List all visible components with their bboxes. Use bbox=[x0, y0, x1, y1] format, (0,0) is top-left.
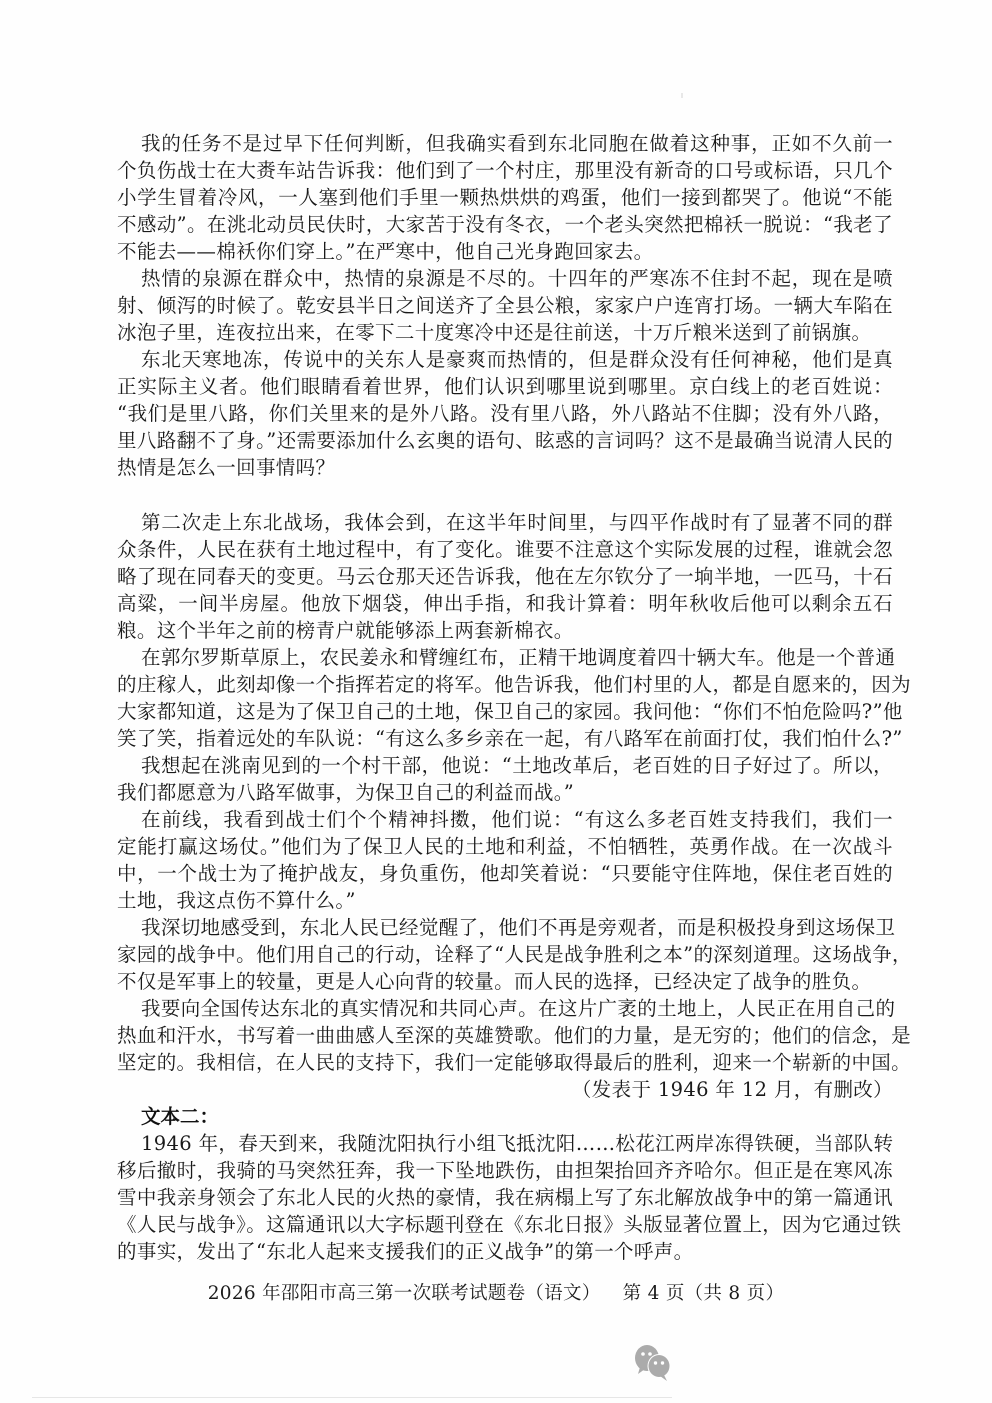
text-line: 我要向全国传达东北的真实情况和共同心声。在这片广袤的土地上，人民正在用自己的 bbox=[141, 995, 893, 1022]
section-label-text-two: 文本二： bbox=[141, 1103, 219, 1130]
text-line: 土地，我这点伤不算什么。” bbox=[117, 887, 893, 914]
text-line: 高粱，一间半房屋。他放下烟袋，伸出手指，和我计算着：明年秋收后他可以剩余五石 bbox=[117, 590, 893, 617]
text-line: 东北天寒地冻，传说中的关东人是豪爽而热情的，但是群众没有任何神秘，他们是真 bbox=[141, 346, 893, 373]
text-line: 我的任务不是过早下任何判断，但我确实看到东北同胞在做着这种事，正如不久前一 bbox=[141, 130, 893, 157]
text-line: 我们都愿意为八路军做事，为保卫自己的利益而战。” bbox=[117, 779, 893, 806]
text-line: 不仅是军事上的较量，更是人心向背的较量。而人民的选择，已经决定了战争的胜负。 bbox=[117, 968, 893, 995]
text-line: “我们是里八路，你们关里来的是外八路。没有里八路，外八路站不住脚；没有外八路， bbox=[117, 400, 893, 427]
text-line: 冰泡子里，连夜拉出来，在零下二十度寒冷中还是往前送，十万斤粮米送到了前锅旗。 bbox=[117, 319, 893, 346]
text-line: 热情的泉源在群众中，热情的泉源是不尽的。十四年的严寒冻不住封不起，现在是喷 bbox=[141, 265, 893, 292]
exam-title: 2026 年邵阳市高三第一次联考试题卷（语文） bbox=[208, 1283, 601, 1304]
text-line: 众条件，人民在获有土地过程中，有了变化。谁要不注意这个实际发展的过程，谁就会忽 bbox=[117, 536, 893, 563]
text-line: 家园的战争中。他们用自己的行动，诠释了“人民是战争胜利之本”的深刻道理。这场战争… bbox=[117, 941, 893, 968]
text-line: 不能去——棉袄你们穿上。”在严寒中，他自己光身跑回家去。 bbox=[117, 238, 893, 265]
text-line: 小学生冒着冷风，一人塞到他们手里一颗热烘烘的鸡蛋，他们一接到都哭了。他说“不能 bbox=[117, 184, 893, 211]
text-line: 在郭尔罗斯草原上，农民姜永和臂缠红布，正精干地调度着四十辆大车。他是一个普通 bbox=[141, 644, 893, 671]
text-line: 定能打赢这场仗。”他们为了保卫人民的土地和利益，不怕牺牲，英勇作战。在一次战斗 bbox=[117, 833, 893, 860]
text-line: 粮。这个半年之前的榜青户就能够添上两套新棉衣。 bbox=[117, 617, 893, 644]
text-line: 笑了笑，指着远处的车队说：“有这么多乡亲在一起，有八路军在前面打仗，我们怕什么?… bbox=[117, 725, 893, 752]
text-line: 热情是怎么一回事情吗？ bbox=[117, 454, 893, 481]
bottom-divider bbox=[32, 1397, 672, 1398]
scan-speck bbox=[681, 93, 683, 98]
text-line: 大家都知道，这是为了保卫自己的土地，保卫自己的家园。我问他：“你们不怕危险吗?”… bbox=[117, 698, 893, 725]
text-line: 中，一个战士为了掩护战友，身负重伤，他却笑着说：“只要能守住阵地，保住老百姓的 bbox=[117, 860, 893, 887]
text-line: 1946 年，春天到来，我随沈阳执行小组飞抵沈阳……松花江两岸冻得铁硬，当部队转 bbox=[141, 1130, 893, 1157]
source-note: （发表于 1946 年 12 月，有删改） bbox=[117, 1076, 893, 1103]
text-line: 热血和汗水，书写着一曲曲感人至深的英雄赞歌。他们的力量，是无穷的；他们的信念，是 bbox=[117, 1022, 893, 1049]
page-footer: 2026 年邵阳市高三第一次联考试题卷（语文）第 4 页（共 8 页） bbox=[0, 1281, 992, 1307]
text-line: 我深切地感受到，东北人民已经觉醒了，他们不再是旁观者，而是积极投身到这场保卫 bbox=[141, 914, 893, 941]
text-line: 我想起在洮南见到的一个村干部，他说：“土地改革后，老百姓的日子好过了。所以， bbox=[141, 752, 893, 779]
text-line: 的庄稼人，此刻却像一个指挥若定的将军。他告诉我，他们村里的人，都是自愿来的，因为 bbox=[117, 671, 893, 698]
text-line: 雪中我亲身领会了东北人民的火热的豪情，我在病榻上写了东北解放战争中的第一篇通讯 bbox=[117, 1184, 893, 1211]
text-line: 正实际主义者。他们眼睛看着世界，他们认识到哪里说到哪里。京白线上的老百姓说： bbox=[117, 373, 893, 400]
text-line: 第二次走上东北战场，我体会到，在这半年时间里，与四平作战时有了显著不同的群 bbox=[141, 509, 893, 536]
text-line: 坚定的。我相信，在人民的支持下，我们一定能够取得最后的胜利，迎来一个崭新的中国。 bbox=[117, 1049, 893, 1076]
text-line: 在前线，我看到战士们个个精神抖擞，他们说：“有这么多老百姓支持我们，我们一 bbox=[141, 806, 893, 833]
text-line: 略了现在同春天的变更。马云仓那天还告诉我，他在左尔钦分了一垧半地，一匹马，十石 bbox=[117, 563, 893, 590]
text-line: 的事实，发出了“东北人起来支援我们的正义战争”的第一个呼声。 bbox=[117, 1238, 893, 1265]
text-line: 个负伤战士在大赉车站告诉我：他们到了一个村庄，那里没有新奇的口号或标语，只几个 bbox=[117, 157, 893, 184]
text-line: 移后撤时，我骑的马突然狂奔，我一下坠地跌伤，由担架抬回齐齐哈尔。但正是在寒风冻 bbox=[117, 1157, 893, 1184]
wechat-icon bbox=[632, 1344, 676, 1382]
text-line: 里八路翻不了身。”还需要添加什么玄奥的语句、眩惑的言词吗？这不是最确当说清人民的 bbox=[117, 427, 893, 454]
exam-page: 我的任务不是过早下任何判断，但我确实看到东北同胞在做着这种事，正如不久前一 个负… bbox=[0, 0, 992, 1403]
text-line: 《人民与战争》。这篇通讯以大字标题刊登在《东北日报》头版显著位置上，因为它通过铁 bbox=[117, 1211, 893, 1238]
text-line: 射、倾泻的时候了。乾安县半日之间送齐了全县公粮，家家户户连宵打场。一辆大车陷在 bbox=[117, 292, 893, 319]
text-line: 不感动”。在洮北动员民伕时，大家苦于没有冬衣，一个老头突然把棉袄一脱说：“我老了 bbox=[117, 211, 893, 238]
page-number: 第 4 页（共 8 页） bbox=[623, 1283, 785, 1304]
